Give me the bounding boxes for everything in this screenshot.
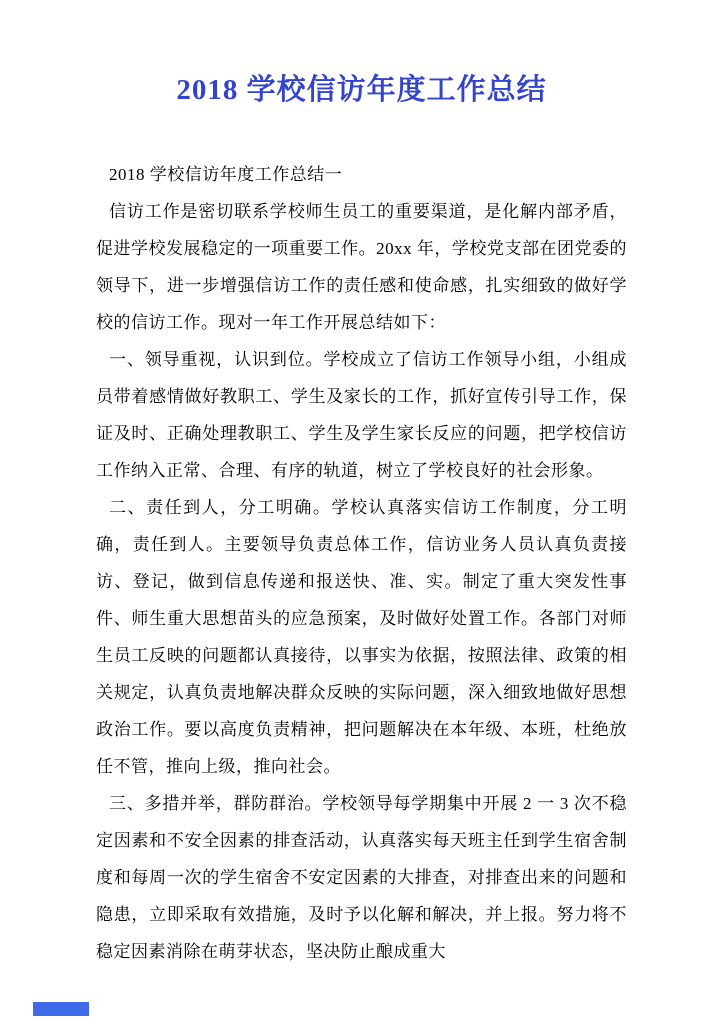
paragraph-intro: 信访工作是密切联系学校师生员工的重要渠道，是化解内部矛盾，促进学校发展稳定的一项… xyxy=(96,193,627,341)
document-body: 2018 学校信访年度工作总结一 信访工作是密切联系学校师生员工的重要渠道，是化… xyxy=(96,156,627,970)
footer-highlight-marker xyxy=(33,1002,89,1016)
document-page: 2018 学校信访年度工作总结 2018 学校信访年度工作总结一 信访工作是密切… xyxy=(0,0,721,1020)
paragraph-section-2: 二、责任到人，分工明确。学校认真落实信访工作制度，分工明确，责任到人。主要领导负… xyxy=(96,489,627,785)
paragraph-heading-line: 2018 学校信访年度工作总结一 xyxy=(96,156,627,193)
paragraph-section-3: 三、多措并举，群防群治。学校领导每学期集中开展 2 一 3 次不稳定因素和不安全… xyxy=(96,785,627,970)
paragraph-section-1: 一、领导重视，认识到位。学校成立了信访工作领导小组，小组成员带着感情做好教职工、… xyxy=(96,341,627,489)
document-title: 2018 学校信访年度工作总结 xyxy=(96,70,627,110)
